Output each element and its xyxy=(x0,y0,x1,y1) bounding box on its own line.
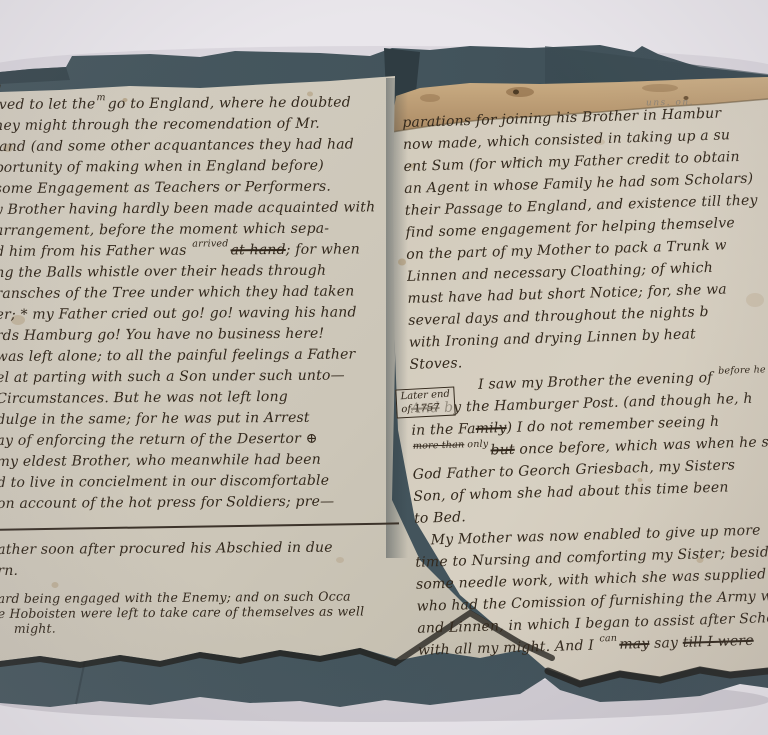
manuscript-line: rds Hamburg go! You have no business her… xyxy=(0,323,398,347)
manuscript-line: land (and some other acquantances they h… xyxy=(0,134,397,158)
manuscript-line: portunity of making when in England befo… xyxy=(0,155,397,179)
text-segment: my eldest Brother, who meanwhile had bee… xyxy=(0,452,321,470)
text-segment: can xyxy=(599,628,617,651)
manuscript-line: rn. xyxy=(0,558,399,582)
manuscript-line: some Engagement as Teachers or Performer… xyxy=(0,176,397,200)
text-segment: ; for when xyxy=(286,241,360,258)
text-segment: might. xyxy=(14,621,56,636)
text-segment: ay of enforcing the return of the Desert… xyxy=(0,431,318,449)
text-segment: till I were xyxy=(683,633,754,651)
text-segment: y Brother having hardly been made acquai… xyxy=(0,199,375,218)
text-segment: ather soon after procured his Abschied i… xyxy=(0,540,333,558)
text-segment: to Bed. xyxy=(414,509,466,527)
text-segment: arrangement, before the moment which sep… xyxy=(0,221,329,239)
manuscript-line: d to live in concielment in our discomfo… xyxy=(0,470,399,494)
text-segment: go to England, where he doubted xyxy=(108,95,351,113)
section-divider xyxy=(0,522,399,530)
text-segment: only xyxy=(467,434,489,457)
text-segment: may xyxy=(619,636,650,653)
text-segment: el at parting with such a Son under such… xyxy=(0,368,345,386)
text-segment: at hand xyxy=(231,242,286,258)
text-segment: say xyxy=(649,635,683,652)
text-segment: on account of the hot press for Soldiers… xyxy=(0,494,334,512)
text-segment: d him from his Father was xyxy=(0,243,191,260)
manuscript-line: y Brother having hardly been made acquai… xyxy=(0,197,397,221)
manuscript-line: d him from his Father was arrivedat hand… xyxy=(0,239,397,263)
manuscript-line: was left alone; to all the painful feeli… xyxy=(0,344,398,368)
manuscript-line: Circumstances. But he was not left long xyxy=(0,386,398,410)
text-segment: before he left xyxy=(718,359,768,383)
manuscript-line: might. xyxy=(0,618,400,636)
margin-date-note-line1: Later end xyxy=(400,389,450,404)
text-segment: e Hoboisten were left to take care of th… xyxy=(0,603,364,621)
manuscript-line: on account of the hot press for Soldiers… xyxy=(0,491,399,515)
right-page-text: parations for joining his Brother in Ham… xyxy=(402,101,768,662)
text-segment: more than xyxy=(413,434,465,458)
text-segment: rds Hamburg go! You have no business her… xyxy=(0,326,324,344)
text-segment: hey might through the recomendation of M… xyxy=(0,116,320,134)
margin-date-note: Later end of 1757 xyxy=(395,386,456,418)
margin-date-note-line2: of 1757 xyxy=(401,401,451,416)
left-page-text: dlved to let themgo to England, where he… xyxy=(0,81,400,636)
text-segment: rn. xyxy=(0,563,18,579)
manuscript-line: my eldest Brother, who meanwhile had bee… xyxy=(0,449,399,473)
text-segment: portunity of making when in England befo… xyxy=(0,158,324,176)
faded-pencil-note: uns. on. xyxy=(646,98,694,109)
manuscript-photo: dlved to let themgo to England, where he… xyxy=(0,0,768,735)
manuscript-line: hey might through the recomendation of M… xyxy=(0,113,396,137)
manuscript-line: ng the Balls whistle over their heads th… xyxy=(0,260,397,284)
manuscript-line: er; * my Father cried out go! go! waving… xyxy=(0,302,398,326)
manuscript-line: el at parting with such a Son under such… xyxy=(0,365,398,389)
manuscript-line: dulge in the same; for he was put in Arr… xyxy=(0,407,398,431)
manuscript-line: ransches of the Tree under which they ha… xyxy=(0,281,398,305)
text-segment: with all my might. And I xyxy=(418,637,599,658)
text-segment: Circumstances. But he was not left long xyxy=(0,389,288,407)
text-segment: Stoves. xyxy=(409,355,462,373)
text-segment: but xyxy=(490,442,515,459)
text-segment: er; * my Father cried out go! go! waving… xyxy=(0,304,357,323)
manuscript-line: ay of enforcing the return of the Desert… xyxy=(0,428,399,452)
text-segment: d to live in concielment in our discomfo… xyxy=(0,473,329,491)
text-segment: ransches of the Tree under which they ha… xyxy=(0,283,354,302)
text-segment: was left alone; to all the painful feeli… xyxy=(0,346,355,365)
manuscript-line: lved to let themgo to England, where he … xyxy=(0,92,396,116)
manuscript-line: e Hoboisten were left to take care of th… xyxy=(0,603,400,621)
text-segment: arrived xyxy=(192,233,228,254)
text-segment: land (and some other acquantances they h… xyxy=(0,136,354,155)
text-segment: ng the Balls whistle over their heads th… xyxy=(0,263,326,281)
text-segment: lved to let the xyxy=(0,96,96,113)
text-segment: some Engagement as Teachers or Performer… xyxy=(0,179,331,197)
text-segment: dulge in the same; for he was put in Arr… xyxy=(0,410,310,428)
text-segment: m xyxy=(96,87,105,108)
manuscript-line: ather soon after procured his Abschied i… xyxy=(0,537,399,561)
